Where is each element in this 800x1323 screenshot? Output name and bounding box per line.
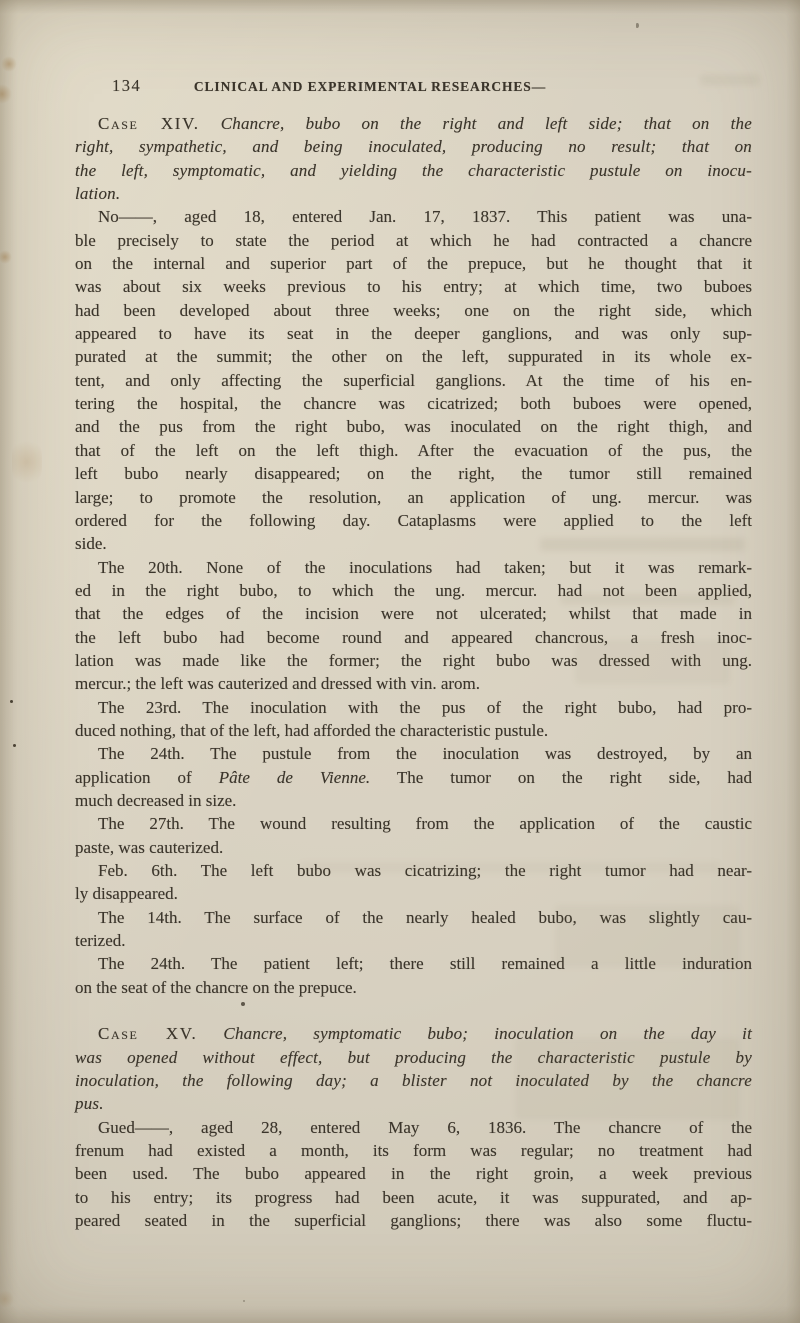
show-through-ghost: [300, 862, 720, 873]
text-line: the left, symptomatic, and yielding the …: [75, 159, 752, 182]
italic-phrase: Pâte de Vienne.: [219, 768, 370, 787]
show-through-ghost: [540, 538, 745, 551]
text-line: The 27th. The wound resulting from the a…: [75, 812, 752, 835]
text-line: purated at the summit; the other on the …: [75, 345, 752, 368]
foxing-spot: [0, 84, 12, 104]
body-paragraph: The 24th. The pustule from the inoculati…: [75, 742, 752, 812]
text-line: application of Pâte de Vienne. The tumor…: [75, 766, 752, 789]
text-line: appeared to have its seat in the deeper …: [75, 322, 752, 345]
case-summary-paragraph: Case XIV. Chancre, bubo on the right and…: [75, 112, 752, 205]
text-line: frenum had existed a month, its form was…: [75, 1139, 752, 1162]
text-line: No——, aged 18, entered Jan. 17, 1837. Th…: [75, 205, 752, 228]
running-head: CLINICAL AND EXPERIMENTAL RESEARCHES—: [160, 79, 580, 95]
text-line: ordered for the following day. Cataplasm…: [75, 509, 752, 532]
text-segment: The tumor on the right side, had: [370, 768, 752, 787]
case-label: Case XIV.: [98, 114, 200, 133]
show-through-ghost: [575, 640, 730, 684]
foxing-spot: [12, 436, 42, 488]
text-line: tent, and only affecting the superficial…: [75, 369, 752, 392]
ink-speck: [243, 1300, 245, 1302]
page-number: 134: [112, 76, 141, 96]
foxing-spot: [0, 250, 12, 264]
body-paragraph: The 27th. The wound resulting from the a…: [75, 812, 752, 859]
show-through-ghost: [515, 1038, 740, 1120]
ink-speck: [241, 1002, 245, 1006]
text-line: lation.: [75, 182, 752, 205]
ink-speck: [13, 744, 16, 747]
body-paragraph: Gued——, aged 28, entered May 6, 1836. Th…: [75, 1116, 752, 1233]
text-line: had been developed about three weeks; on…: [75, 299, 752, 322]
text-line: and the pus from the right bubo, was ino…: [75, 415, 752, 438]
text-line: much decreased in size.: [75, 789, 752, 812]
book-page: 134 CLINICAL AND EXPERIMENTAL RESEARCHES…: [0, 0, 800, 1323]
text-line: The 24th. The pustule from the inoculati…: [75, 742, 752, 765]
text-line: Case XIV. Chancre, bubo on the right and…: [75, 112, 752, 135]
body-paragraph: The 23rd. The inoculation with the pus o…: [75, 696, 752, 743]
foxing-spot: [0, 1290, 14, 1308]
text-line: right, sympathetic, and being inoculated…: [75, 135, 752, 158]
text-line: duced nothing, that of the left, had aff…: [75, 719, 752, 742]
text-line: ly disappeared.: [75, 882, 752, 905]
text-line: to his entry; its progress had been acut…: [75, 1186, 752, 1209]
text-segment: application of: [75, 768, 219, 787]
text-line: The 23rd. The inoculation with the pus o…: [75, 696, 752, 719]
text-line: that of the left on the left thigh. Afte…: [75, 439, 752, 462]
text-line: paste, was cauterized.: [75, 836, 752, 859]
text-line: left bubo nearly disappeared; on the rig…: [75, 462, 752, 485]
text-line: that the edges of the incision were not …: [75, 602, 752, 625]
text-line: The 20th. None of the inoculations had t…: [75, 556, 752, 579]
text-line: large; to promote the resolution, an app…: [75, 486, 752, 509]
text-line: tering the hospital, the chancre was cic…: [75, 392, 752, 415]
foxing-spot: [1, 56, 17, 72]
ink-speck: [10, 700, 13, 703]
body-paragraph: No——, aged 18, entered Jan. 17, 1837. Th…: [75, 205, 752, 555]
show-through-ghost: [555, 905, 740, 967]
text-line: was about six weeks previous to his entr…: [75, 275, 752, 298]
case-label: Case XV.: [98, 1024, 197, 1043]
ink-speck: [636, 23, 639, 28]
show-through-ghost: [700, 74, 760, 86]
text-line: peared seated in the superficial ganglio…: [75, 1209, 752, 1232]
text-line: on the internal and superior part of the…: [75, 252, 752, 275]
text-line: ble precisely to state the period at whi…: [75, 229, 752, 252]
show-through-ghost: [560, 594, 735, 605]
scanned-book-page: { "colors": { "paper": "#d7d0c0", "ink":…: [0, 0, 800, 1323]
text-line: been used. The bubo appeared in the righ…: [75, 1162, 752, 1185]
text-line: on the seat of the chancre on the prepuc…: [75, 976, 752, 999]
